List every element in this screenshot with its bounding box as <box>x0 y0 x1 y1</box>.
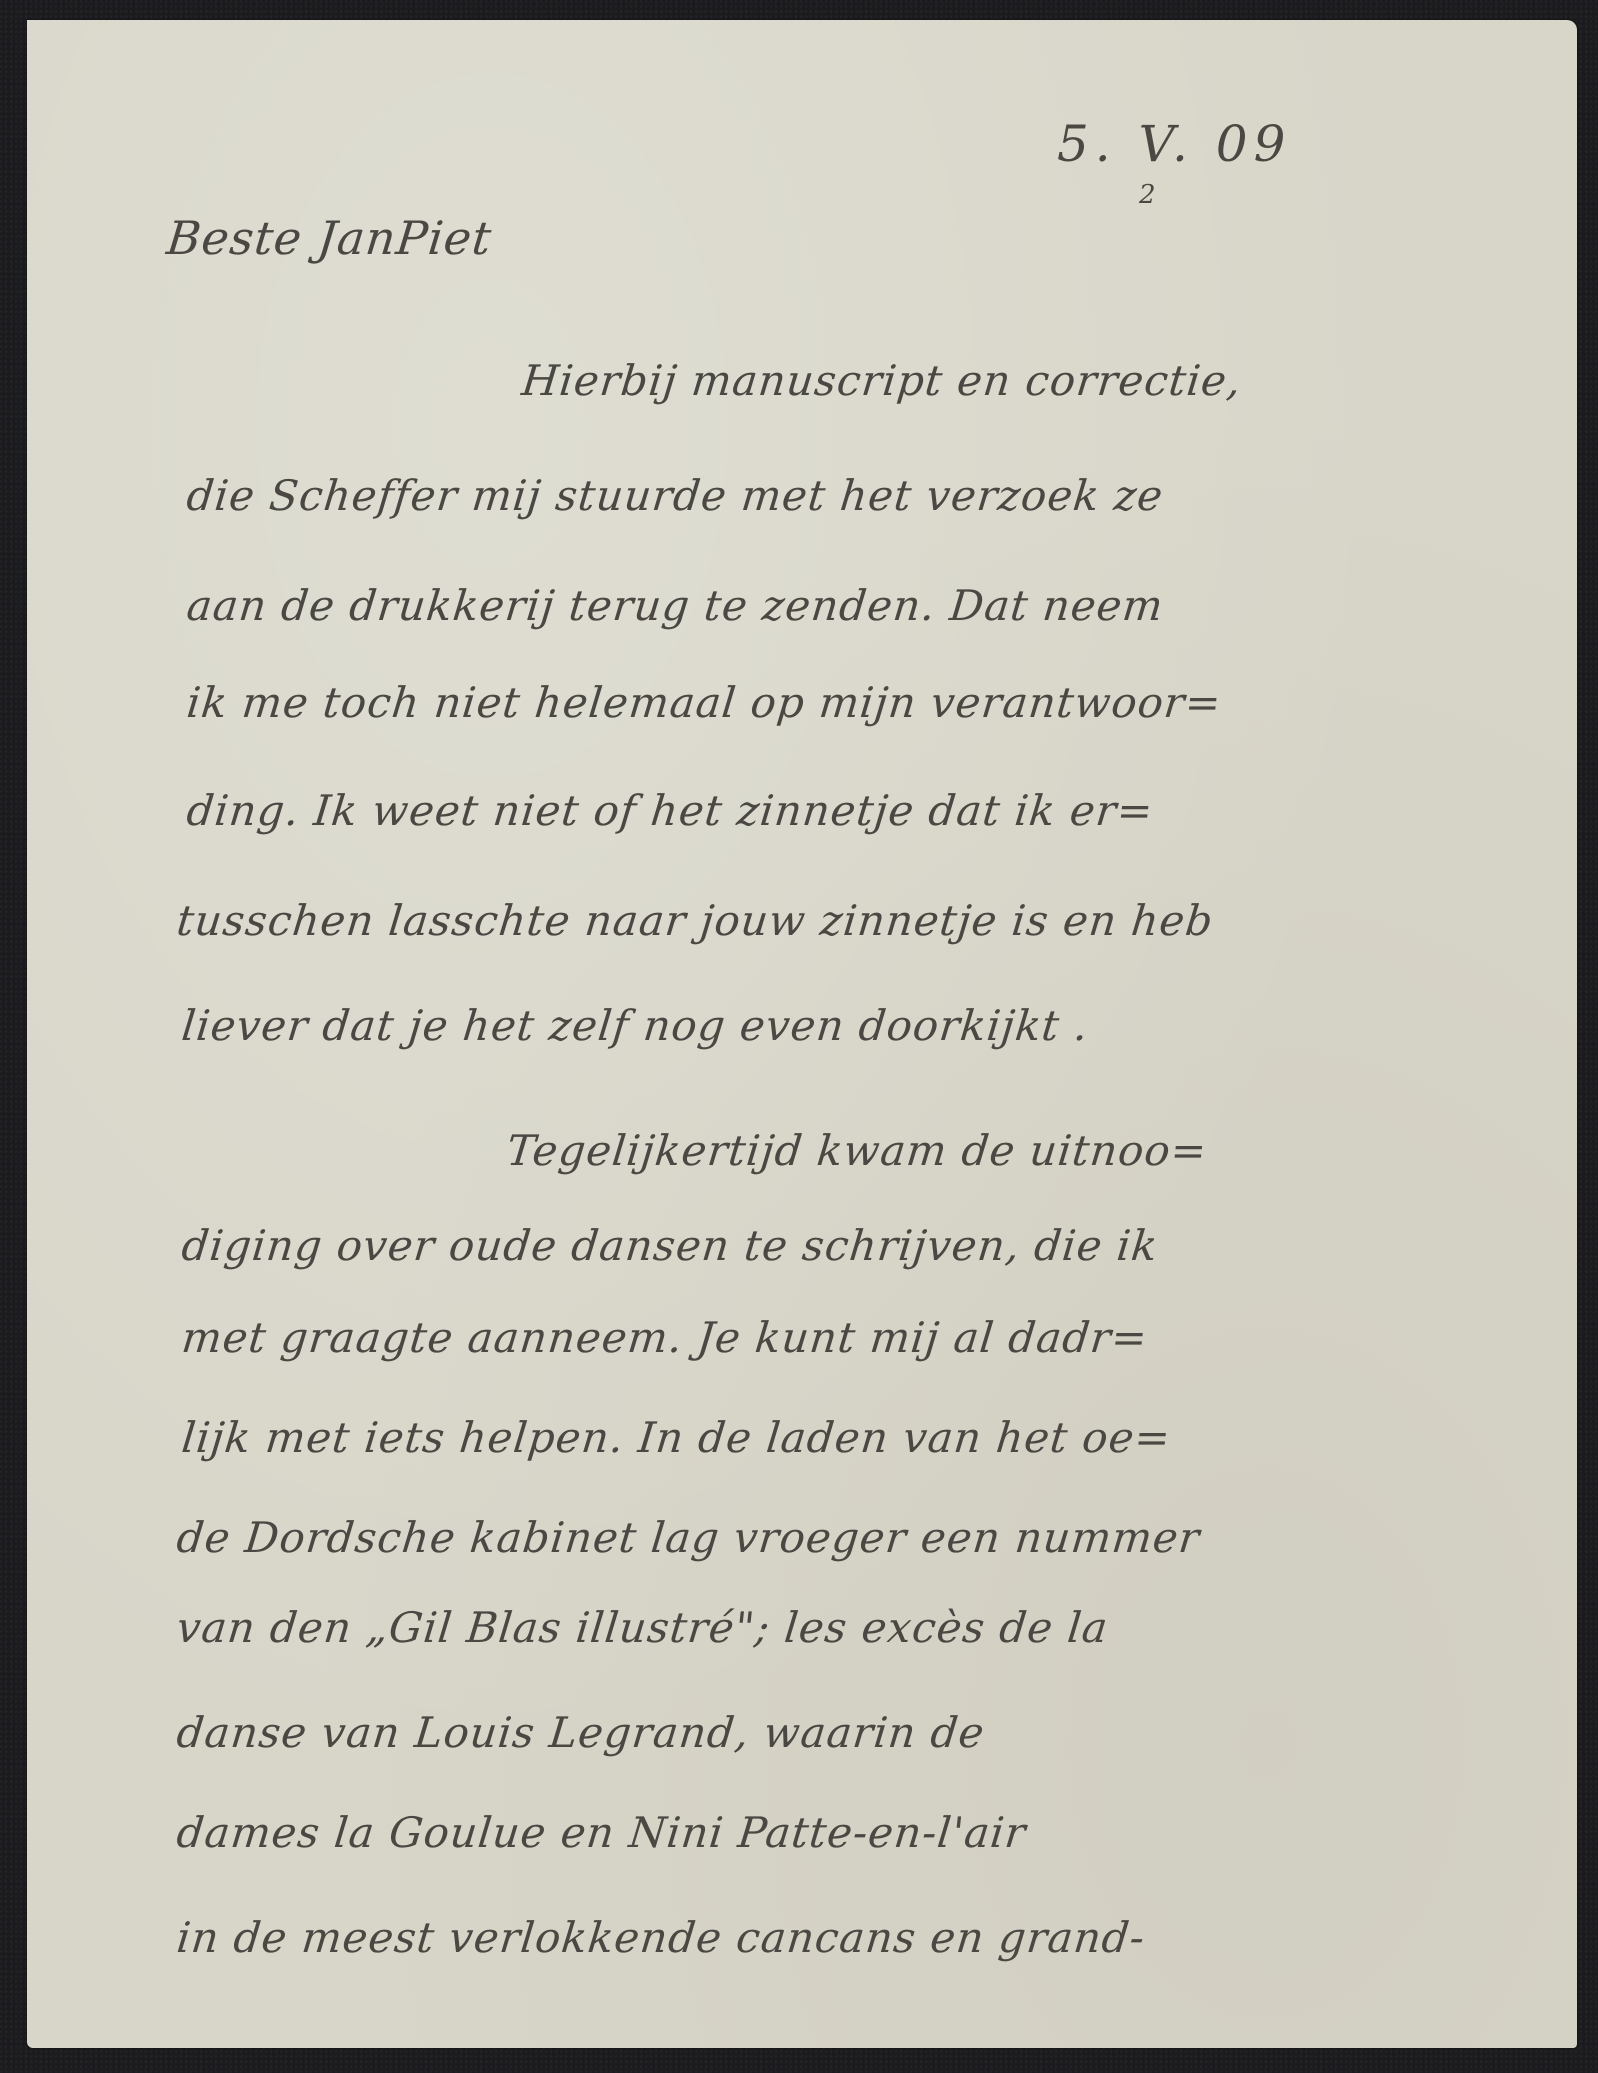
letter-date: 5. V. 09 <box>1057 115 1291 173</box>
text-line-13: van den „Gil Blas illustré"; les excès d… <box>175 1607 1111 1649</box>
text-line-2: die Scheffer mij stuurde met het verzoek… <box>185 475 1166 517</box>
text-line-11: lijk met iets helpen. In de laden van he… <box>180 1417 1173 1459</box>
text-line-8: Tegelijkertijd kwam de uitnoo= <box>505 1130 1209 1172</box>
text-line-3: aan de drukkerij terug te zenden. Dat ne… <box>185 585 1166 627</box>
text-line-6: tusschen lasschte naar jouw zinnetje is … <box>175 900 1216 942</box>
text-line-7: liever dat je het zelf nog even doorkijk… <box>180 1005 1091 1047</box>
text-line-4: ik me toch niet helemaal op mijn verantw… <box>185 682 1224 724</box>
text-line-16: in de meest verlokkende cancans en grand… <box>175 1917 1147 1959</box>
text-line-5: ding. Ik weet niet of het zinnetje dat i… <box>185 790 1156 832</box>
text-line-10: met graagte aanneem. Je kunt mij al dadr… <box>180 1317 1150 1359</box>
text-line-15: dames la Goulue en Nini Patte-en-l'air <box>175 1812 1028 1854</box>
text-line-9: diging over oude dansen te schrijven, di… <box>180 1225 1160 1267</box>
text-line-14: danse van Louis Legrand, waarin de <box>175 1712 987 1754</box>
date-mark: 2 <box>1139 180 1156 210</box>
salutation: Beste JanPiet <box>165 215 495 261</box>
text-line-1: Hierbij manuscript en correctie, <box>520 360 1244 402</box>
text-line-12: de Dordsche kabinet lag vroeger een numm… <box>175 1517 1202 1559</box>
letter-page: 5. V. 09 2 Beste JanPiet Hierbij manuscr… <box>27 20 1577 2048</box>
